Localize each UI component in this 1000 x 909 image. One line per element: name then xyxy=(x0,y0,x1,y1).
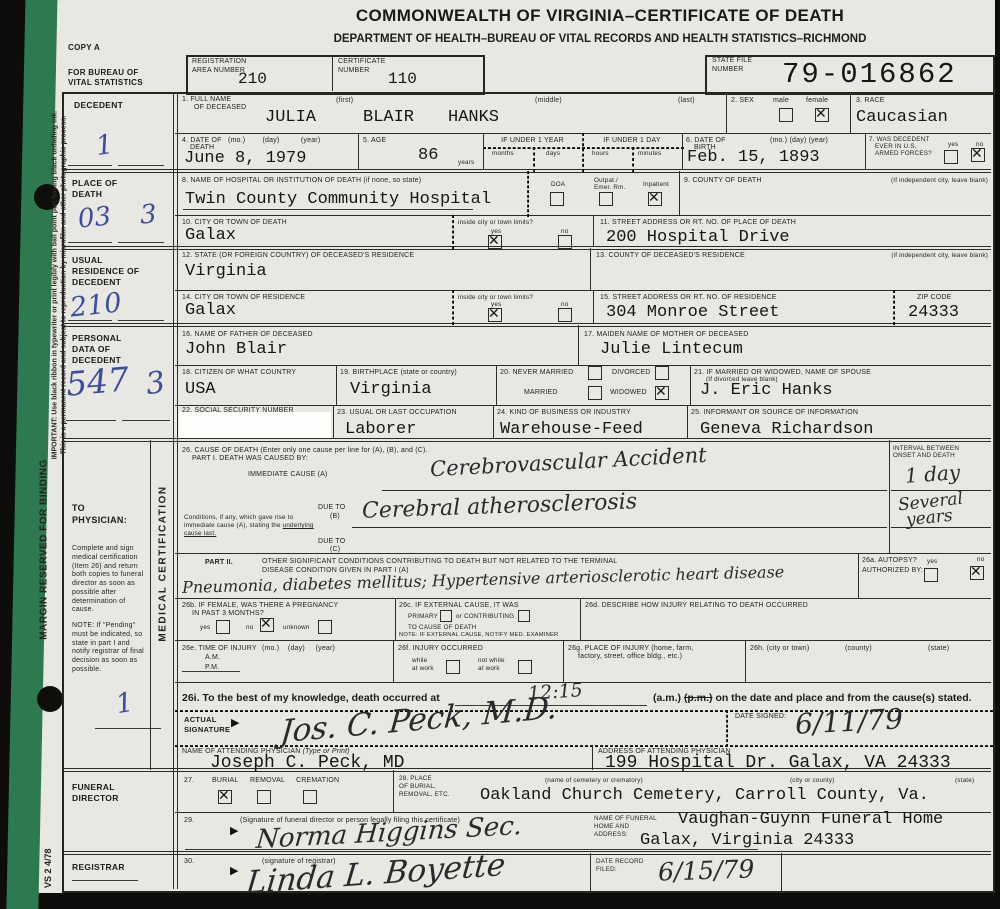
divider xyxy=(68,320,112,321)
conditions-note: Conditions, if any, which gave rise to i… xyxy=(184,514,316,538)
field-3-label: 3. RACE xyxy=(856,97,885,106)
checkbox-limits-death-yes xyxy=(488,235,502,249)
field-5-label: 5. AGE xyxy=(363,137,386,146)
entry-line xyxy=(891,527,991,528)
divider xyxy=(175,553,991,554)
field-8-value: Twin County Community Hospital xyxy=(185,190,491,209)
field-1-middle: BLAIR xyxy=(363,108,414,127)
contributing-label: or CONTRIBUTING xyxy=(456,613,514,621)
checkbox-sex-male xyxy=(779,108,793,122)
field-6-value: Feb. 15, 1893 xyxy=(687,148,820,167)
checkbox-inpatient xyxy=(648,192,662,206)
checkbox-pregnancy-unknown xyxy=(318,620,332,634)
field-2-label: 2. SEX xyxy=(731,97,754,106)
married-label: MARRIED xyxy=(524,389,558,398)
checkbox-primary xyxy=(440,610,452,622)
not-while-2: at work xyxy=(478,665,500,672)
funeral-home-label2: HOME AND xyxy=(594,823,629,830)
pregnancy-yes-label: yes xyxy=(200,624,210,632)
under-1-day-minutes: minutes xyxy=(638,150,661,158)
under-1-year-label: IF UNDER 1 YEAR xyxy=(483,137,582,146)
field-9-label: 9. COUNTY OF DEATH xyxy=(684,177,762,186)
checkbox-pregnancy-yes xyxy=(216,620,230,634)
divider xyxy=(580,598,581,640)
field-26a-label: 26a. AUTOPSY? xyxy=(862,557,917,566)
divider xyxy=(333,405,334,438)
field-28-hint3: (state) xyxy=(955,777,974,785)
field-26b-label2: IN PAST 3 MONTHS? xyxy=(192,610,264,619)
sex-female-label: female xyxy=(806,97,828,106)
divider xyxy=(175,405,991,406)
divider xyxy=(745,640,746,682)
divider xyxy=(358,133,359,170)
divider xyxy=(66,420,116,421)
divider xyxy=(150,440,151,770)
field-26g-label2: factory, street, office bldg., etc.) xyxy=(578,653,682,662)
date-filed-label: DATE RECORDFILED: xyxy=(596,858,644,874)
date-filed-value: 6/15/79 xyxy=(658,854,755,886)
margin-code-place-b: 3 xyxy=(139,199,158,230)
part2-label: PART II. xyxy=(205,559,233,568)
divider xyxy=(593,290,594,323)
field-1-hint-last: (last) xyxy=(678,97,695,106)
pregnancy-no-label: no xyxy=(246,624,253,632)
divider xyxy=(62,323,991,327)
field-26h-city: 26h. (city or town) xyxy=(750,645,809,654)
certificate-title: COMMONWEALTH OF VIRGINIA–CERTIFICATE OF … xyxy=(230,6,970,26)
checkbox-outpatient xyxy=(599,192,613,206)
divider xyxy=(590,853,591,891)
divider xyxy=(496,365,497,405)
divider xyxy=(726,710,728,747)
limits-label-death: inside city or town limits? xyxy=(458,219,533,227)
divider xyxy=(62,851,991,855)
while-at-work-2: at work xyxy=(412,665,434,672)
divider xyxy=(175,215,991,216)
field-5-value: 86 xyxy=(418,146,438,165)
date-signed-value: 6/11/79 xyxy=(794,702,904,741)
divider xyxy=(118,320,164,321)
field-23-value: Laborer xyxy=(345,420,416,439)
date-signed-label: DATE SIGNED: xyxy=(735,713,786,722)
due-to-b-tag: (B) xyxy=(330,513,340,522)
section-decedent: DECEDENT xyxy=(74,100,123,111)
pm-label-struck: (p.m.) xyxy=(684,692,713,704)
inpatient-label: Inpatient xyxy=(643,181,669,189)
divider xyxy=(393,640,394,682)
divider xyxy=(533,147,535,172)
field-19-value: Virginia xyxy=(350,380,432,399)
due-to-b-label: DUE TO xyxy=(318,504,345,513)
field-25-value: Geneva Richardson xyxy=(700,420,873,439)
divider xyxy=(68,165,112,166)
pregnancy-unknown-label: unknown xyxy=(283,624,310,632)
checkbox-married xyxy=(588,386,602,400)
field-13-label: 13. COUNTY OF DECEASED'S RESIDENCE xyxy=(596,252,745,261)
field-1-label2: OF DECEASED xyxy=(194,104,246,113)
physician-note: NOTE: If "Pending" must be indicated, so… xyxy=(72,622,146,675)
field-1-hint-middle: (middle) xyxy=(535,97,562,106)
checkbox-doa xyxy=(550,192,564,206)
primary-label: PRIMARY xyxy=(408,613,438,621)
field-15-value: 304 Monroe Street xyxy=(606,303,779,322)
field-28-hint1: (name of cemetery or crematory) xyxy=(545,777,643,785)
death-certificate-scan: IMPORTANT: Use black ribbon in typewrite… xyxy=(0,0,1000,909)
divider xyxy=(687,405,688,438)
checkbox-cremation xyxy=(303,790,317,804)
certificate-subtitle: DEPARTMENT OF HEALTH–BUREAU OF VITAL REC… xyxy=(230,33,970,45)
divider xyxy=(393,770,394,812)
under-1-day-hours: hours xyxy=(592,150,609,158)
never-married-label: 20. NEVER MARRIED xyxy=(500,369,573,378)
checkbox-sex-female xyxy=(815,108,829,122)
divider xyxy=(175,640,991,641)
divider xyxy=(682,133,683,170)
field-9-hint: (If independent city, leave blank) xyxy=(790,177,988,185)
binding-note-line1: IMPORTANT: Use black ribbon in typewrite… xyxy=(50,98,59,473)
field-1-last: HANKS xyxy=(448,108,499,127)
divider xyxy=(452,215,454,249)
field-10-value: Galax xyxy=(185,226,236,245)
attending-physician-name: Joseph C. Peck, MD xyxy=(210,753,404,773)
field-18-label: 18. CITIZEN OF WHAT COUNTRY xyxy=(182,369,296,378)
field-26d-label: 26d. DESCRIBE HOW INJURY RELATING TO DEA… xyxy=(585,602,808,611)
divider xyxy=(590,248,591,290)
copy-label: COPY A xyxy=(68,43,100,53)
bureau-label: FOR BUREAU OF VITAL STATISTICS xyxy=(68,68,163,89)
divider xyxy=(175,598,991,599)
physician-instructions: Complete and sign medical certification … xyxy=(72,545,146,615)
field-18-value: USA xyxy=(185,380,216,399)
field-4-value: June 8, 1979 xyxy=(184,149,306,168)
divider xyxy=(395,598,396,640)
checkbox-forces-no xyxy=(971,148,985,162)
field-28-value: Oakland Church Cemetery, Carroll County,… xyxy=(480,786,929,805)
state-file-value: 79-016862 xyxy=(782,58,957,91)
interval-label2: ONSET AND DEATH xyxy=(893,452,955,460)
field-26c-label: 26c. IF EXTERNAL CAUSE, IT WAS xyxy=(399,602,519,611)
field-26a-label2: AUTHORIZED BY: xyxy=(862,567,923,576)
date-filed-label2: FILED: xyxy=(596,866,617,873)
field-25-label: 25. INFORMANT OR SOURCE OF INFORMATION xyxy=(691,409,858,418)
field-26f-label: 26f. INJURY OCCURRED xyxy=(398,645,483,654)
divider xyxy=(493,405,494,438)
checkbox-widowed xyxy=(655,386,669,400)
divider xyxy=(175,365,991,366)
field-30-num: 30. xyxy=(184,858,194,867)
field-4-hints: (mo.) (day) (year) xyxy=(228,137,320,146)
actual-label-2: SIGNATURE xyxy=(184,725,230,734)
field-28-hint2: (city or county) xyxy=(790,777,835,785)
divider xyxy=(332,55,333,91)
checkbox-autopsy-no xyxy=(970,566,984,580)
section-registrar: REGISTRAR xyxy=(72,862,125,873)
divider xyxy=(578,325,579,365)
signature-arrow-icon: ▶ xyxy=(230,824,238,837)
am-label: (a.m.) xyxy=(653,692,681,704)
divider xyxy=(175,290,991,291)
field-8-label: 8. NAME OF HOSPITAL OR INSTITUTION OF DE… xyxy=(182,177,421,186)
field-28-label: 28. PLACEOF BURIAL,REMOVAL, ETC. xyxy=(399,775,450,799)
field-13-hint: (if independent city, leave blank) xyxy=(790,252,988,260)
section-medical-certification: MEDICAL CERTIFICATION xyxy=(158,439,169,689)
checkbox-forces-yes xyxy=(944,150,958,164)
divider xyxy=(452,290,454,325)
registration-area-value: 210 xyxy=(238,70,267,88)
form-code: VS 2 4/78 xyxy=(43,826,53,888)
field-14-value: Galax xyxy=(185,301,236,320)
divider xyxy=(68,242,112,243)
field-16-value: John Blair xyxy=(185,340,287,359)
while-at-work-label: whileat work xyxy=(412,657,434,673)
field-24-value: Warehouse-Feed xyxy=(500,420,643,439)
divider xyxy=(726,92,727,133)
field-26i-text2: (a.m.) (p.m.) on the date and place and … xyxy=(653,692,972,704)
checkbox-while-at-work xyxy=(446,660,460,674)
field-12-label: 12. STATE (OR FOREIGN COUNTRY) OF DECEAS… xyxy=(182,252,414,261)
certificate-number-value: 110 xyxy=(388,70,417,88)
divider xyxy=(175,682,991,683)
forces-yes-label: yes xyxy=(948,141,958,149)
divider xyxy=(527,171,529,217)
funeral-home-label3: ADDRESS: xyxy=(594,831,628,838)
divider xyxy=(893,290,895,325)
divider xyxy=(62,246,991,250)
divider xyxy=(183,209,473,210)
margin-code-residence: 210 xyxy=(69,287,124,323)
field-6-hints: (mo.) (day) (year) xyxy=(770,137,828,146)
due-to-c-tag: (C) xyxy=(330,546,340,555)
attending-physician-address: 199 Hospital Dr. Galax, VA 24333 xyxy=(605,753,951,773)
field-17-label: 17. MAIDEN NAME OF MOTHER OF DECEASED xyxy=(584,331,749,340)
checkbox-never-married xyxy=(588,366,602,380)
checkbox-burial xyxy=(218,790,232,804)
removal-label: REMOVAL xyxy=(250,777,285,786)
field-26i-text2-rest: on the date and place and from the cause… xyxy=(715,692,971,704)
checkbox-limits-res-yes xyxy=(488,308,502,322)
field-24-label: 24. KIND OF BUSINESS OR INDUSTRY xyxy=(497,409,631,418)
not-while-1: not while xyxy=(478,657,505,664)
field-26e-hints: (mo.) (day) (year) xyxy=(262,645,335,654)
divider xyxy=(781,853,782,891)
field-26-label2: PART I. DEATH WAS CAUSED BY: xyxy=(192,455,308,464)
divider xyxy=(118,242,164,243)
while-at-work-1: while xyxy=(412,657,427,664)
immediate-cause-label: IMMEDIATE CAUSE (A) xyxy=(248,471,328,480)
divider xyxy=(690,365,691,405)
binding-title: MARGIN RESERVED FOR BINDING xyxy=(39,435,50,665)
zip-value: 24333 xyxy=(908,303,959,322)
field-26i-text1: 26i. To the best of my knowledge, death … xyxy=(182,692,440,704)
field-3-value: Caucasian xyxy=(856,108,948,127)
field-12-value: Virginia xyxy=(185,262,267,281)
divider xyxy=(679,171,680,215)
external-cause-note: NOTE: IF EXTERNAL CAUSE, NOTIFY MED. EXA… xyxy=(399,632,558,639)
widowed-label: WIDOWED xyxy=(610,389,647,398)
section-to-physician: TO PHYSICIAN: xyxy=(72,503,132,526)
divider xyxy=(889,440,890,553)
outpatient-label2: Emer. Rm. xyxy=(594,184,626,192)
sex-male-label: male xyxy=(773,97,789,106)
divorced-label: DIVORCED xyxy=(612,369,651,378)
margin-code-personal-a: 547 xyxy=(64,359,130,403)
autopsy-no-label: no xyxy=(977,556,984,564)
checkbox-not-while-at-work xyxy=(518,660,532,674)
field-28-label1: 28. PLACE xyxy=(399,775,432,782)
signature-arrow-icon: ▶ xyxy=(230,864,238,877)
divider xyxy=(118,165,164,166)
under-1-year-days: days xyxy=(546,150,560,158)
divider xyxy=(865,133,866,170)
funeral-home-address: Galax, Virginia 24333 xyxy=(640,831,854,850)
field-28-label3: REMOVAL, ETC. xyxy=(399,791,450,798)
date-filed-label1: DATE RECORD xyxy=(596,858,644,865)
field-17-value: Julie Lintecum xyxy=(600,340,743,359)
section-funeral-director: FUNERAL DIRECTOR xyxy=(72,782,132,804)
field-21-value: J. Eric Hanks xyxy=(700,381,833,400)
section-usual-residence: USUAL RESIDENCE OF DECEDENT xyxy=(72,255,147,288)
field-27-num: 27. xyxy=(184,777,194,786)
field-15-label: 15. STREET ADDRESS OR RT. NO. OF RESIDEN… xyxy=(600,294,777,303)
field-26h-state: (state) xyxy=(928,645,949,654)
cremation-label: CREMATION xyxy=(296,777,339,786)
field-19-label: 19. BIRTHPLACE (state or country) xyxy=(340,369,457,378)
actual-signature-label: ACTUALSIGNATURE xyxy=(184,715,230,735)
checkbox-limits-death-no xyxy=(558,235,572,249)
field-26h-county: (county) xyxy=(845,645,872,654)
field-7-label3: ARMED FORCES? xyxy=(875,150,932,158)
zip-label: ZIP CODE xyxy=(917,294,952,303)
field-5-unit: years xyxy=(458,159,474,167)
divider xyxy=(336,365,337,405)
field-28-label2: OF BURIAL, xyxy=(399,783,436,790)
margin-code-place-a: 03 xyxy=(77,201,113,234)
doa-label: DOA xyxy=(551,181,565,189)
divider xyxy=(850,92,851,133)
field-16-label: 16. NAME OF FATHER OF DECEASED xyxy=(182,331,313,340)
section-place-of-death: PLACE OF DEATH xyxy=(72,178,132,200)
funeral-home-name: Vaughan-Guynn Funeral Home xyxy=(678,810,943,829)
checkbox-autopsy-yes xyxy=(924,568,938,582)
ssn-redaction-box xyxy=(179,412,331,438)
field-29-num: 29. xyxy=(184,817,194,826)
divider xyxy=(858,553,859,598)
actual-label-1: ACTUAL xyxy=(184,715,217,724)
field-11-value: 200 Hospital Drive xyxy=(606,228,790,247)
state-file-label: STATE FILE NUMBER xyxy=(712,57,767,75)
checkbox-limits-res-no xyxy=(558,308,572,322)
entry-line xyxy=(182,671,240,672)
conditions-note-text: Conditions, if any, which gave rise to i… xyxy=(184,514,293,529)
part2-text1: OTHER SIGNIFICANT CONDITIONS CONTRIBUTIN… xyxy=(262,558,617,565)
entry-line xyxy=(352,527,887,528)
field-26e-label: 26e. TIME OF INJURY xyxy=(182,645,257,654)
to-cause-label: TO CAUSE OF DEATH xyxy=(408,624,477,632)
autopsy-yes-label: yes xyxy=(927,558,937,566)
field-11-label: 11. STREET ADDRESS OR RT. NO. OF PLACE O… xyxy=(600,219,796,228)
signature-arrow-icon: ▶ xyxy=(231,716,239,729)
divider xyxy=(95,728,161,729)
checkbox-removal xyxy=(257,790,271,804)
divider xyxy=(593,215,594,247)
divider xyxy=(563,640,564,682)
divider xyxy=(632,147,634,172)
divider xyxy=(122,420,170,421)
field-23-label: 23. USUAL OR LAST OCCUPATION xyxy=(337,409,457,418)
checkbox-divorced xyxy=(655,366,669,380)
checkbox-contributing xyxy=(518,610,530,622)
divider xyxy=(72,880,138,881)
under-1-day-label: IF UNDER 1 DAY xyxy=(582,137,682,146)
interval-a-value: 1 day xyxy=(904,460,961,488)
under-1-year-months: months xyxy=(492,150,514,158)
burial-label: BURIAL xyxy=(212,777,239,786)
divider xyxy=(592,745,593,770)
not-while-at-work-label: not whileat work xyxy=(478,657,505,673)
checkbox-pregnancy-no xyxy=(260,618,274,632)
funeral-home-label1: NAME OF FUNERAL xyxy=(594,815,657,822)
field-1-first: JULIA xyxy=(265,108,316,127)
field-1-hint-first: (first) xyxy=(336,97,353,106)
time-am-label: A.M. xyxy=(205,654,220,663)
punch-hole xyxy=(37,686,63,712)
